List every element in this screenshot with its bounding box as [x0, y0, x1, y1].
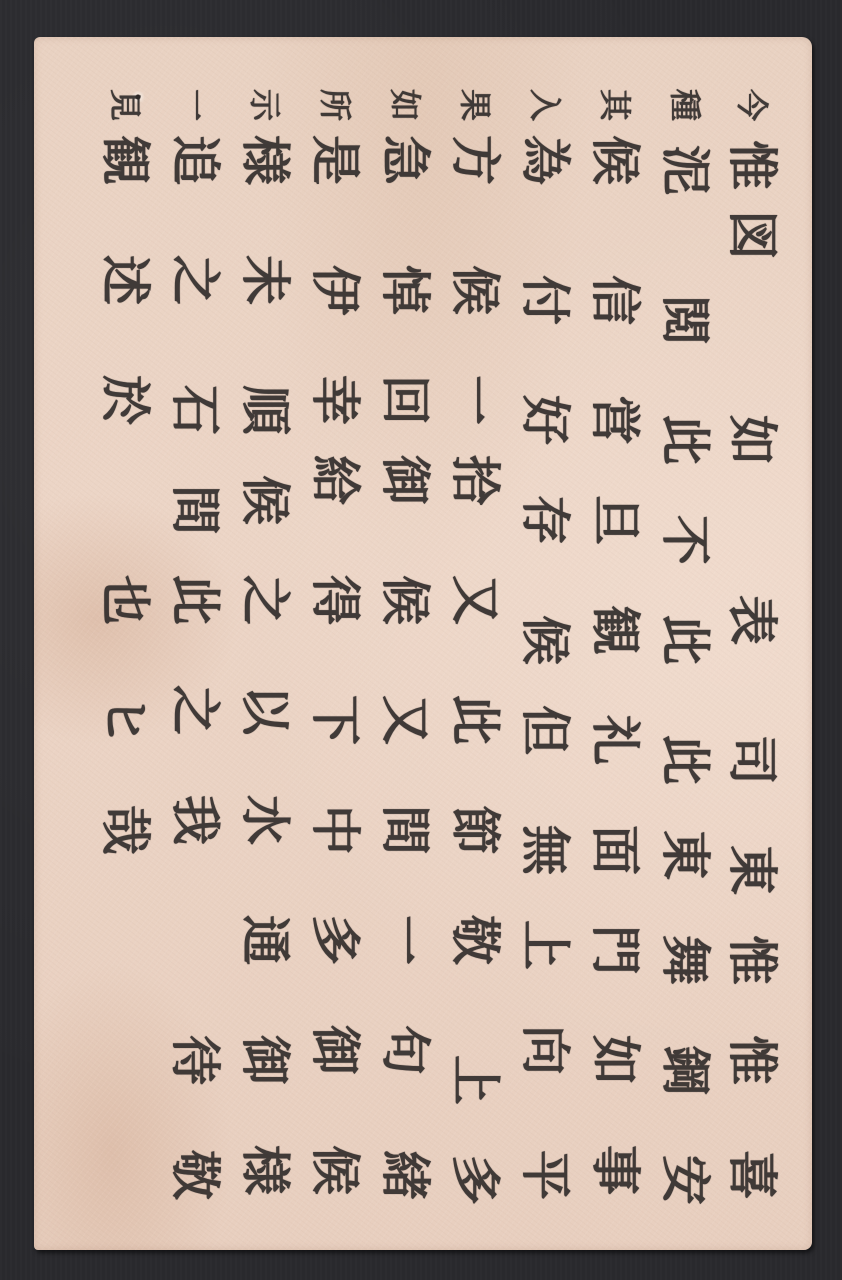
brush-glyph: 種	[655, 75, 715, 135]
brush-glyph: 此	[165, 570, 225, 630]
brush-glyph: 御	[235, 1030, 295, 1090]
brush-glyph: 此	[445, 690, 505, 750]
brush-glyph: 見	[95, 75, 155, 135]
brush-glyph: 幸	[305, 370, 365, 430]
brush-glyph: 之	[165, 680, 225, 740]
brush-glyph: 示	[235, 75, 295, 135]
brush-glyph: 也	[95, 570, 155, 630]
brush-glyph: 惟	[722, 1030, 782, 1090]
brush-glyph: 多	[445, 1150, 505, 1210]
brush-glyph: 所	[305, 75, 365, 135]
brush-glyph: 但	[515, 700, 575, 760]
brush-glyph: 旦	[585, 490, 645, 550]
brush-glyph: 是	[305, 130, 365, 190]
brush-glyph: 上	[515, 915, 575, 975]
brush-glyph: 門	[585, 920, 645, 980]
brush-glyph: 上	[445, 1050, 505, 1110]
brush-glyph: 信	[585, 270, 645, 330]
brush-glyph: 之	[165, 250, 225, 310]
brush-glyph: 述	[95, 250, 155, 310]
brush-glyph: 緒	[375, 1145, 435, 1205]
brush-glyph: 喜	[722, 1145, 782, 1205]
brush-glyph: 図	[722, 205, 782, 265]
brush-glyph: 待	[165, 1030, 225, 1090]
brush-glyph: 一	[375, 910, 435, 970]
brush-glyph: 為	[515, 130, 575, 190]
brush-glyph: 於	[95, 370, 155, 430]
brush-glyph: 表	[722, 590, 782, 650]
brush-glyph: 候	[585, 130, 645, 190]
brush-glyph: 又	[375, 690, 435, 750]
brush-glyph: 御	[375, 450, 435, 510]
brush-glyph: 之	[235, 570, 295, 630]
brush-glyph: 閲	[655, 290, 715, 350]
brush-glyph: 水	[235, 790, 295, 850]
brush-glyph: 得	[305, 570, 365, 630]
brush-glyph: 東	[722, 840, 782, 900]
brush-glyph: 平	[515, 1145, 575, 1205]
brush-glyph: 様	[235, 130, 295, 190]
brush-glyph: 舞	[655, 930, 715, 990]
brush-glyph: 観	[585, 600, 645, 660]
brush-glyph: 惟	[722, 135, 782, 195]
brush-glyph: 候	[515, 610, 575, 670]
brush-glyph: 安	[655, 1150, 715, 1210]
brush-glyph: 様	[235, 1140, 295, 1200]
brush-glyph: 惟	[722, 930, 782, 990]
brush-glyph: 以	[235, 680, 295, 740]
brush-glyph: 候	[445, 260, 505, 320]
brush-glyph: 面	[585, 820, 645, 880]
brush-glyph: 一	[165, 75, 225, 135]
brush-glyph: 司	[722, 730, 782, 790]
brush-glyph: 敬	[445, 910, 505, 970]
brush-glyph: 無	[515, 820, 575, 880]
brush-glyph: 如	[585, 1030, 645, 1090]
brush-glyph: 一	[445, 370, 505, 430]
brush-glyph: 追	[165, 130, 225, 190]
brush-glyph: 候	[235, 470, 295, 530]
brush-glyph: 御	[305, 1020, 365, 1080]
brush-glyph: 不	[655, 510, 715, 570]
brush-glyph: 其	[585, 75, 645, 135]
brush-glyph: 下	[305, 690, 365, 750]
brush-glyph: 敬	[165, 1145, 225, 1205]
brush-glyph: 哉	[95, 800, 155, 860]
brush-glyph: 未	[235, 250, 295, 310]
brush-glyph: 我	[165, 790, 225, 850]
brush-glyph: 間	[375, 800, 435, 860]
brush-glyph: 方	[445, 130, 505, 190]
brush-glyph: 間	[165, 480, 225, 540]
brush-glyph: 付	[515, 270, 575, 330]
brush-glyph: 悼	[375, 260, 435, 320]
brush-glyph: 向	[515, 1020, 575, 1080]
postcard: 今惟図如表司東惟惟喜種泥閲此不此此東舞鋼安其候信営旦観礼面門如事入為付好存候但無…	[34, 37, 812, 1250]
brush-glyph: 節	[445, 800, 505, 860]
brush-glyph: 回	[375, 370, 435, 430]
brush-glyph: 給	[305, 450, 365, 510]
brush-glyph: 此	[655, 730, 715, 790]
brush-glyph: 果	[445, 75, 505, 135]
brush-glyph: 東	[655, 825, 715, 885]
brush-glyph: 存	[515, 490, 575, 550]
brush-glyph: 如	[722, 410, 782, 470]
brush-glyph: 今	[722, 75, 782, 135]
brush-glyph: 又	[445, 570, 505, 630]
brush-glyph: 礼	[585, 710, 645, 770]
brush-glyph: 此	[655, 410, 715, 470]
brush-glyph: 中	[305, 800, 365, 860]
brush-glyph: 観	[95, 130, 155, 190]
brush-glyph: 伊	[305, 260, 365, 320]
brush-glyph: 通	[235, 910, 295, 970]
brush-glyph: 多	[305, 910, 365, 970]
brush-glyph: 営	[585, 390, 645, 450]
brush-glyph: 候	[305, 1140, 365, 1200]
brush-glyph: 句	[375, 1020, 435, 1080]
brush-glyph: 石	[165, 380, 225, 440]
brush-glyph: 候	[375, 570, 435, 630]
brush-glyph: 此	[655, 610, 715, 670]
brush-glyph: 急	[375, 130, 435, 190]
brush-glyph: 如	[375, 75, 435, 135]
brush-glyph: 鋼	[655, 1040, 715, 1100]
brush-glyph: 事	[585, 1140, 645, 1200]
brush-glyph: 好	[515, 390, 575, 450]
brush-glyph: 順	[235, 380, 295, 440]
brush-glyph: 泥	[655, 140, 715, 200]
brush-glyph: 拾	[445, 450, 505, 510]
brush-glyph: ヒ	[95, 690, 155, 750]
brush-glyph: 入	[515, 75, 575, 135]
